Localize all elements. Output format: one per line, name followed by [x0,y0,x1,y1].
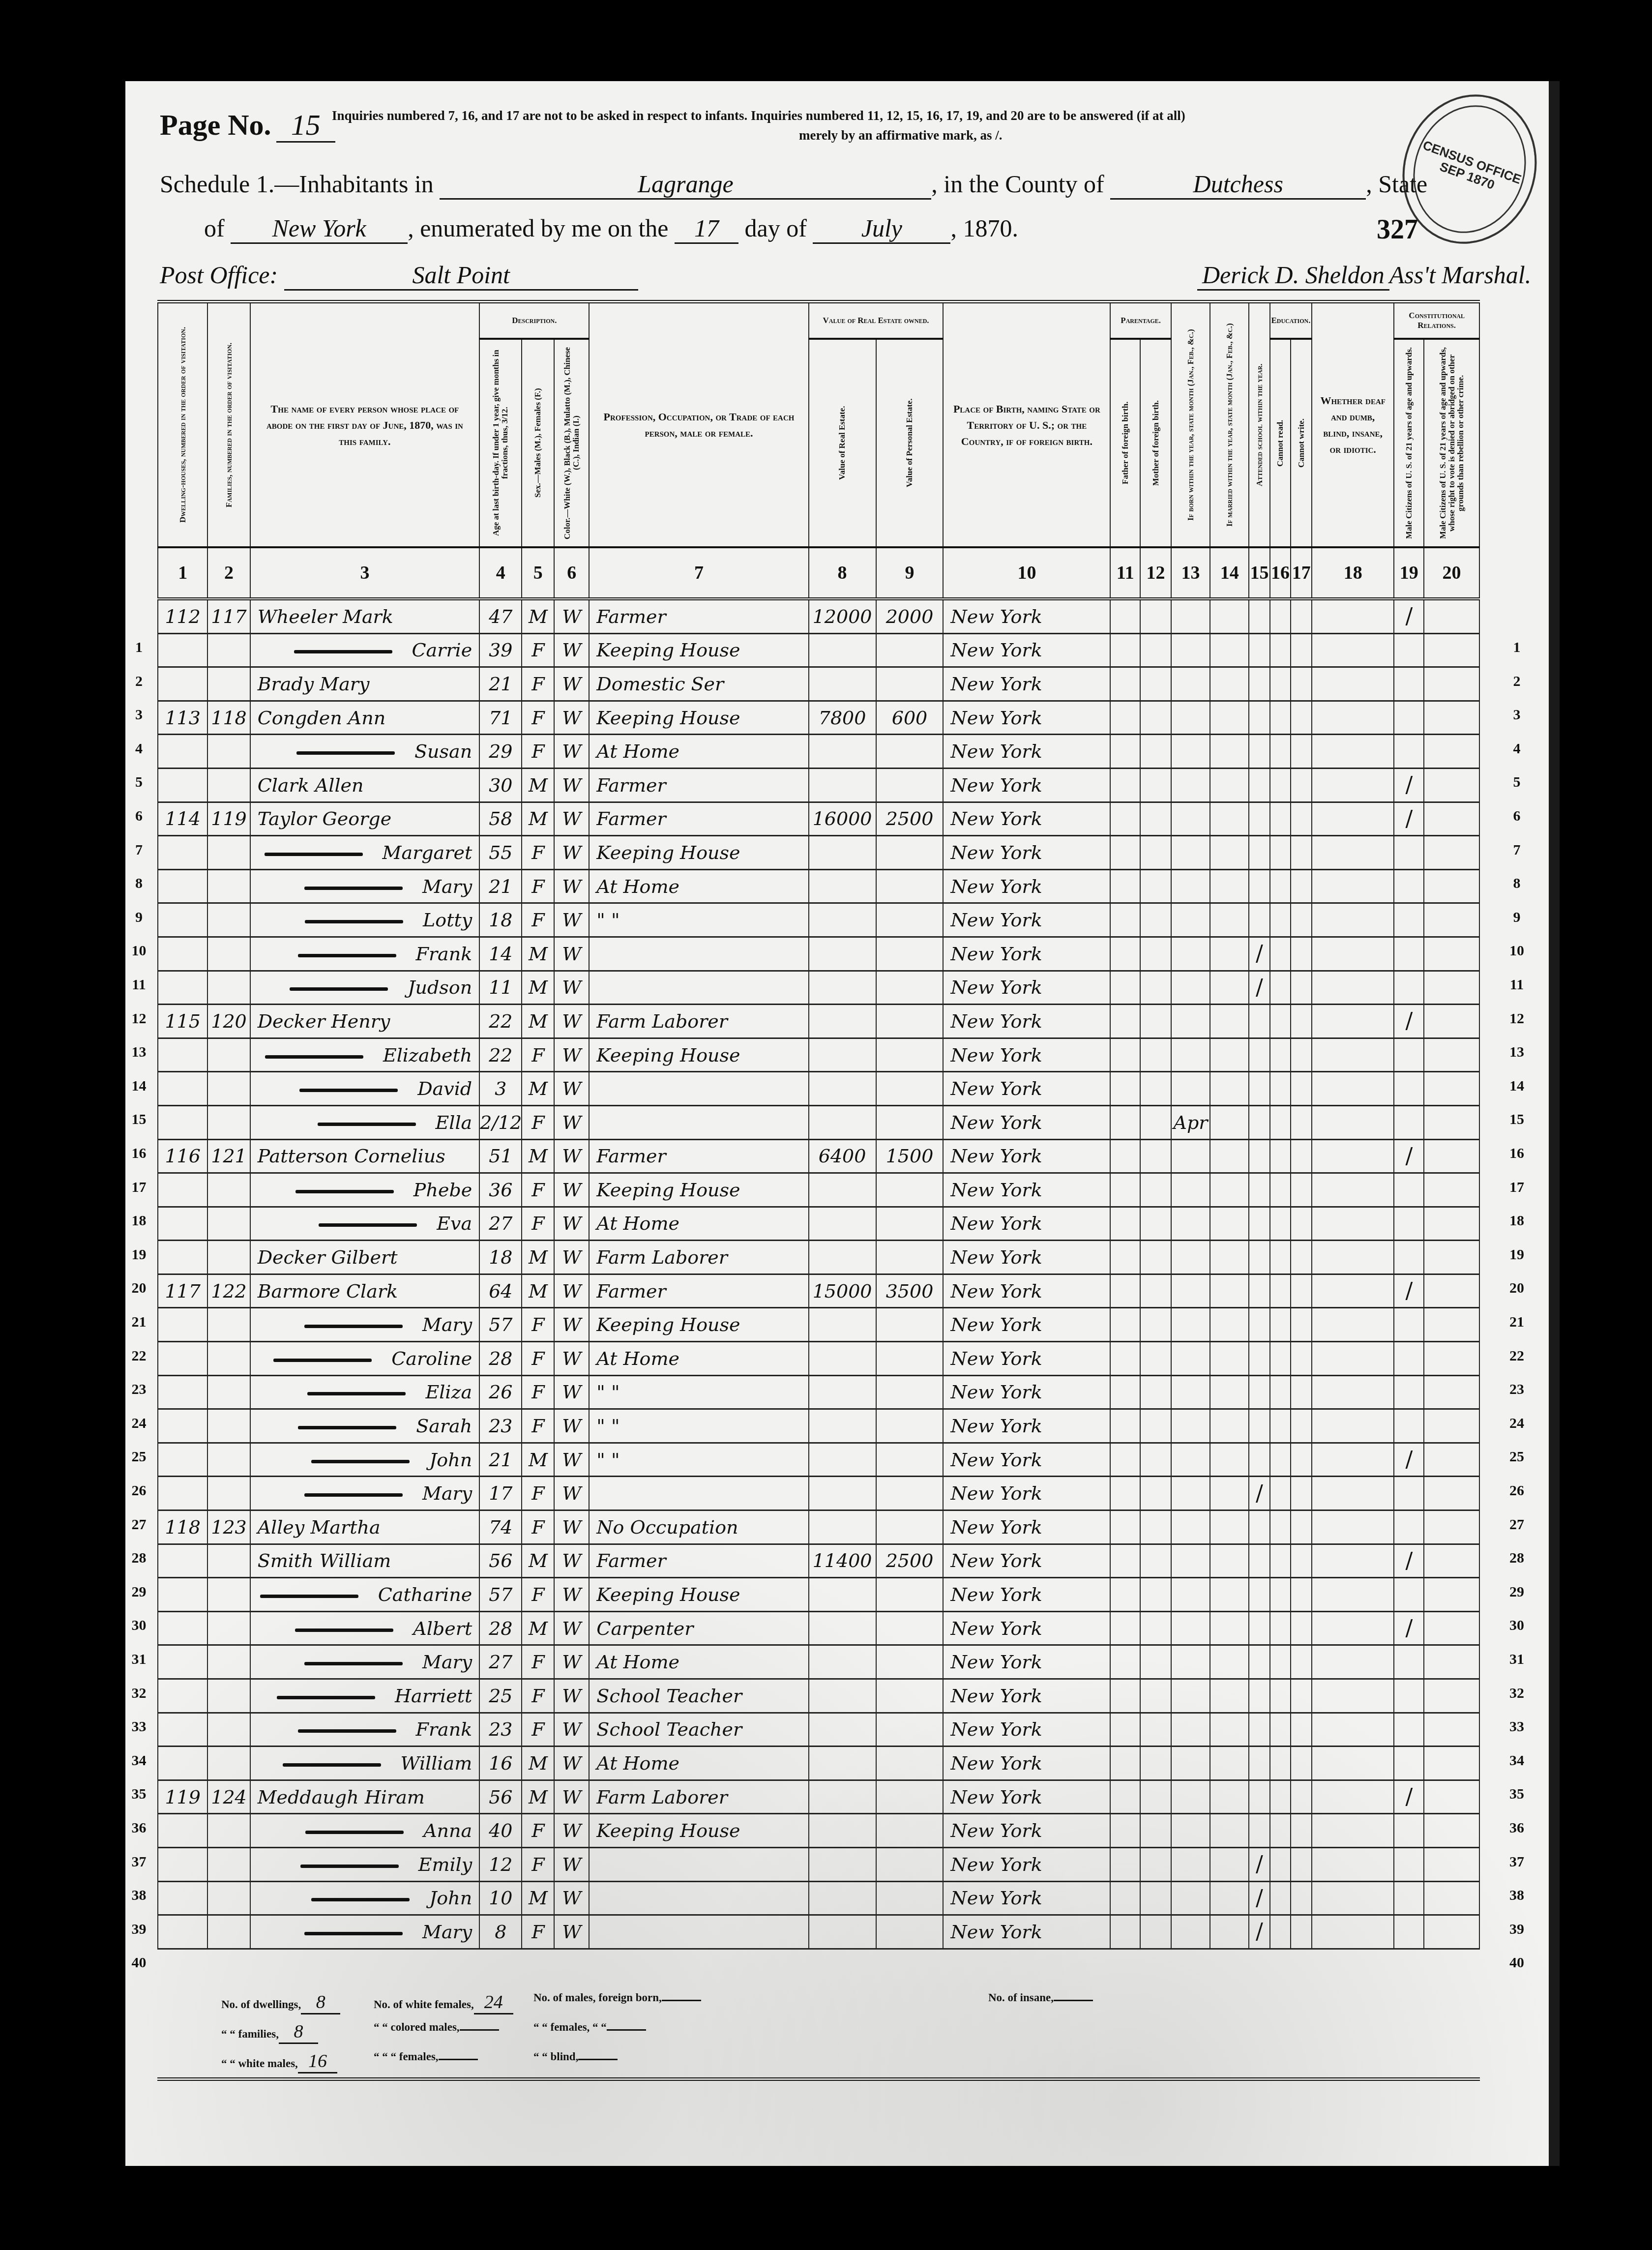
line-number: 10 [1497,943,1536,959]
male-citizen-mark [1394,1578,1424,1612]
col-c18 [1312,937,1394,971]
born-within-year [1171,1443,1210,1477]
col-c12 [1140,1611,1171,1645]
col-c17 [1291,1544,1312,1578]
sex: M [522,802,554,836]
dwelling-number [158,1443,207,1477]
birthplace: New York [943,1713,1110,1747]
county-field: Dutchess [1110,170,1366,200]
col-c14 [1210,1611,1249,1645]
col-c17 [1291,1713,1312,1747]
given-name: David [417,1078,472,1099]
col-c16 [1270,768,1291,802]
male-citizen-mark [1394,633,1424,667]
summary-dwellings: No. of dwellings,8 [221,1991,340,2014]
occupation: Keeping House [589,1173,808,1207]
col-c18 [1312,1409,1394,1443]
col-c16 [1270,1274,1291,1308]
age: 56 [479,1544,522,1578]
sex: F [522,735,554,769]
color: W [554,1747,589,1780]
same-surname-dash [304,887,403,890]
birthplace: New York [943,599,1110,633]
person-name: Frank [250,1713,480,1747]
census-row: Smith William56MWFarmer114002500New York… [158,1544,1479,1578]
summary-insane: No. of insane, [988,1991,1093,2004]
col-c20 [1424,1578,1479,1612]
given-name: Susan [414,740,472,762]
born-within-year: Apr [1171,1105,1210,1139]
col-c12 [1140,1173,1171,1207]
family-number [207,903,250,937]
col-c14 [1210,1881,1249,1915]
dwelling-number [158,1747,207,1780]
col-c17 [1291,1915,1312,1949]
personal-estate-value: 600 [876,701,944,735]
person-name: Wheeler Mark [250,599,480,633]
age: 29 [479,735,522,769]
col-c18 [1312,1679,1394,1713]
col-c20 [1424,1814,1479,1848]
occupation: Keeping House [589,1038,808,1072]
col-c14 [1210,1510,1249,1544]
attended-school [1249,1544,1270,1578]
col-c14 [1210,1241,1249,1274]
given-name: John [429,1887,472,1909]
same-surname-dash [305,920,403,923]
age: 40 [479,1814,522,1848]
male-citizen-mark [1394,735,1424,769]
col-c18 [1312,1578,1394,1612]
person-name: Margaret [250,836,480,870]
col-c11 [1110,1814,1140,1848]
col-c18 [1312,1105,1394,1139]
real-estate-value: 6400 [809,1139,876,1173]
col-c12 [1140,1375,1171,1409]
col-header-birthplace: Place of Birth, naming State or Territor… [943,303,1110,547]
birthplace: New York [943,1847,1110,1881]
col-c12 [1140,1544,1171,1578]
real-estate-value [809,768,876,802]
col-c12 [1140,1881,1171,1915]
family-number [207,1308,250,1342]
col-c18 [1312,1611,1394,1645]
line-number: 7 [1497,842,1536,859]
family-number [207,1207,250,1241]
personal-estate-value [876,1005,944,1038]
attended-school [1249,1375,1270,1409]
personal-estate-value [876,1173,944,1207]
same-surname-dash [304,1662,403,1665]
person-name: John [250,1881,480,1915]
sex: F [522,1409,554,1443]
line-number: 6 [125,808,152,825]
column-number: 20 [1424,547,1479,599]
birthplace: New York [943,1611,1110,1645]
line-number: 25 [125,1449,152,1465]
real-estate-value [809,1443,876,1477]
dwelling-number: 116 [158,1139,207,1173]
male-citizen-mark [1394,1105,1424,1139]
color: W [554,735,589,769]
real-estate-value: 15000 [809,1274,876,1308]
person-name: Congden Ann [250,701,480,735]
male-citizen-mark [1394,836,1424,870]
col-c20 [1424,1915,1479,1949]
birthplace: New York [943,836,1110,870]
person-name: Decker Gilbert [250,1241,480,1274]
col-c18 [1312,667,1394,701]
col-c18 [1312,633,1394,667]
col-c17 [1291,1342,1312,1376]
occupation: Keeping House [589,633,808,667]
occupation: Farmer [589,1139,808,1173]
census-row: Brady Mary21FWDomestic SerNew York [158,667,1479,701]
male-citizen-mark [1394,1679,1424,1713]
person-name: Eliza [250,1375,480,1409]
person-name: Decker Henry [250,1005,480,1038]
occupation: At Home [589,1747,808,1780]
census-row: Eva27FWAt HomeNew York [158,1207,1479,1241]
col-c17 [1291,1679,1312,1713]
male-citizen-mark [1394,1072,1424,1106]
attended-school [1249,1207,1270,1241]
family-number [207,1375,250,1409]
same-surname-dash [295,1628,393,1632]
age: 21 [479,869,522,903]
col-c14 [1210,701,1249,735]
age: 57 [479,1308,522,1342]
birthplace: New York [943,1747,1110,1780]
given-name: Phebe [413,1179,472,1201]
col-c20 [1424,1308,1479,1342]
male-citizen-mark [1394,1713,1424,1747]
col-c18 [1312,1477,1394,1510]
family-number [207,1342,250,1376]
color: W [554,1477,589,1510]
age: 28 [479,1342,522,1376]
dwelling-number [158,667,207,701]
col-c17 [1291,1578,1312,1612]
col-c18 [1312,735,1394,769]
sex: F [522,836,554,870]
sex: F [522,1375,554,1409]
col-c18 [1312,1544,1394,1578]
color: W [554,836,589,870]
age: 36 [479,1173,522,1207]
sex: M [522,937,554,971]
census-row: John21MW" "New York/ [158,1443,1479,1477]
person-name: Barmore Clark [250,1274,480,1308]
birthplace: New York [943,1510,1110,1544]
sex: F [522,1915,554,1949]
sex: M [522,768,554,802]
attended-school [1249,1578,1270,1612]
same-surname-dash [304,1325,403,1328]
family-number [207,1241,250,1274]
same-surname-dash [304,1493,403,1497]
line-number: 38 [125,1887,152,1904]
dwelling-number [158,1207,207,1241]
col-c16 [1270,1611,1291,1645]
age: 14 [479,937,522,971]
same-surname-dash [294,650,392,653]
census-rows: 112117Wheeler Mark47MWFarmer120002000New… [158,599,1479,1949]
col-c17 [1291,1645,1312,1679]
family-number [207,1747,250,1780]
family-number [207,1038,250,1072]
occupation [589,1072,808,1106]
col-c18 [1312,1241,1394,1274]
col-c18 [1312,1814,1394,1848]
col-c20 [1424,1409,1479,1443]
col-c20 [1424,768,1479,802]
personal-estate-value [876,836,944,870]
occupation: Farm Laborer [589,1005,808,1038]
col-c14 [1210,1477,1249,1510]
age: 55 [479,836,522,870]
sheet-number: 327 [1377,214,1418,245]
real-estate-value [809,1780,876,1814]
col-c17 [1291,667,1312,701]
family-number: 118 [207,701,250,735]
col-c17 [1291,1308,1312,1342]
col-c14 [1210,667,1249,701]
color: W [554,869,589,903]
real-estate-value [809,1679,876,1713]
family-number [207,1105,250,1139]
male-citizen-mark: / [1394,768,1424,802]
col-c20 [1424,1611,1479,1645]
col-c18 [1312,1274,1394,1308]
line-number: 39 [1497,1921,1536,1938]
col-c12 [1140,667,1171,701]
page-number: Page No.15 [160,108,335,142]
col-c12 [1140,1814,1171,1848]
post-office-field: Salt Point [284,261,638,291]
col-c12 [1140,768,1171,802]
census-row: David3MWNew York [158,1072,1479,1106]
family-number [207,1915,250,1949]
color: W [554,1308,589,1342]
color: W [554,1139,589,1173]
col-c16 [1270,1173,1291,1207]
col-c17 [1291,1847,1312,1881]
col-header-name: The name of every person whose place of … [250,303,480,547]
person-name: Harriett [250,1679,480,1713]
real-estate-value: 7800 [809,701,876,735]
born-within-year [1171,1747,1210,1780]
col-header-color: Color.—White (W.), Black (B.), Mulatto (… [554,339,589,547]
col-c12 [1140,1915,1171,1949]
line-number: 27 [125,1516,152,1533]
sex: F [522,667,554,701]
birthplace: New York [943,937,1110,971]
col-c14 [1210,836,1249,870]
family-number [207,1814,250,1848]
color: W [554,1713,589,1747]
color: W [554,667,589,701]
column-number: 6 [554,547,589,599]
birthplace: New York [943,1814,1110,1848]
line-number: 32 [125,1685,152,1702]
summary-white-males: “ “ white males,16 [221,2050,337,2073]
col-c11 [1110,735,1140,769]
real-estate-value [809,1038,876,1072]
same-surname-dash [311,1898,410,1901]
line-number: 15 [1497,1111,1536,1128]
person-name: Anna [250,1814,480,1848]
col-header-age: Age at last birth-day. If under 1 year, … [479,339,522,547]
col-c17 [1291,1443,1312,1477]
sex: M [522,1780,554,1814]
family-number [207,1173,250,1207]
col-c11 [1110,1780,1140,1814]
male-citizen-mark [1394,1038,1424,1072]
col-c12 [1140,1038,1171,1072]
col-c14 [1210,768,1249,802]
sex: F [522,1510,554,1544]
col-header-sex: Sex.—Males (M.), Females (F.) [522,339,554,547]
col-c20 [1424,1139,1479,1173]
census-row: Harriett25FWSchool TeacherNew York [158,1679,1479,1713]
col-c16 [1270,1747,1291,1780]
occupation: At Home [589,735,808,769]
person-name: Caroline [250,1342,480,1376]
born-within-year [1171,903,1210,937]
col-c16 [1270,1038,1291,1072]
col-c11 [1110,1611,1140,1645]
personal-estate-value: 2000 [876,599,944,633]
male-citizen-mark [1394,937,1424,971]
color: W [554,633,589,667]
family-number [207,735,250,769]
line-number: 30 [1497,1617,1536,1634]
col-c16 [1270,971,1291,1005]
same-surname-dash [307,1392,406,1395]
sex: F [522,1207,554,1241]
line-number: 22 [125,1348,152,1364]
dwelling-number: 115 [158,1005,207,1038]
birthplace: New York [943,1072,1110,1106]
census-row: Mary17FWNew York/ [158,1477,1479,1510]
given-name: Catharine [378,1584,472,1605]
col-c12 [1140,599,1171,633]
attended-school [1249,1038,1270,1072]
person-name: Alley Martha [250,1510,480,1544]
family-number: 120 [207,1005,250,1038]
personal-estate-value: 1500 [876,1139,944,1173]
col-c20 [1424,1274,1479,1308]
sex: M [522,1274,554,1308]
col-c12 [1140,1072,1171,1106]
col-c17 [1291,1409,1312,1443]
color: W [554,1578,589,1612]
line-number: 29 [1497,1584,1536,1600]
age: 56 [479,1780,522,1814]
line-number: 38 [1497,1887,1536,1904]
col-c20 [1424,735,1479,769]
line-number: 37 [1497,1854,1536,1870]
personal-estate-value [876,1342,944,1376]
person-name: Patterson Cornelius [250,1139,480,1173]
col-c16 [1270,1477,1291,1510]
person-name: Mary [250,1308,480,1342]
col-c11 [1110,701,1140,735]
real-estate-value: 11400 [809,1544,876,1578]
line-number: 31 [125,1651,152,1668]
enumeration-line: of New York, enumerated by me on the 17 … [204,214,1018,244]
census-row: 114119Taylor George58MWFarmer160002500Ne… [158,802,1479,836]
census-row: 116121Patterson Cornelius51MWFarmer64001… [158,1139,1479,1173]
col-c18 [1312,971,1394,1005]
line-number: 37 [125,1854,152,1870]
column-number: 18 [1312,547,1394,599]
real-estate-value [809,1915,876,1949]
male-citizen-mark [1394,1375,1424,1409]
personal-estate-value [876,633,944,667]
col-c12 [1140,1780,1171,1814]
sex: F [522,869,554,903]
personal-estate-value [876,971,944,1005]
person-name: David [250,1072,480,1106]
occupation: No Occupation [589,1510,808,1544]
person-name: William [250,1747,480,1780]
day-field: 17 [675,214,738,244]
column-number: 1 [158,547,207,599]
col-c12 [1140,1409,1171,1443]
col-c16 [1270,1139,1291,1173]
given-name: Ella [436,1112,472,1133]
color: W [554,937,589,971]
attended-school [1249,869,1270,903]
col-c17 [1291,971,1312,1005]
column-number: 2 [207,547,250,599]
col-c11 [1110,1544,1140,1578]
personal-estate-value [876,1207,944,1241]
census-row: Mary21FWAt HomeNew York [158,869,1479,903]
sex: F [522,1173,554,1207]
column-number: 8 [809,547,876,599]
column-number: 9 [876,547,944,599]
birthplace: New York [943,633,1110,667]
real-estate-value [809,1207,876,1241]
age: 11 [479,971,522,1005]
col-c11 [1110,937,1140,971]
family-number [207,667,250,701]
col-c20 [1424,633,1479,667]
col-c14 [1210,1847,1249,1881]
col-header-male-citizens: Male Citizens of U. S. of 21 years of ag… [1394,339,1424,547]
personal-estate-value [876,1780,944,1814]
personal-estate-value: 2500 [876,1544,944,1578]
census-row: Sarah23FW" "New York [158,1409,1479,1443]
col-c20 [1424,1510,1479,1544]
col-c16 [1270,1915,1291,1949]
born-within-year [1171,1308,1210,1342]
column-number: 15 [1249,547,1270,599]
birthplace: New York [943,1544,1110,1578]
col-c12 [1140,1477,1171,1510]
col-c16 [1270,1679,1291,1713]
occupation: " " [589,1409,808,1443]
col-c14 [1210,1915,1249,1949]
col-c14 [1210,1747,1249,1780]
line-number: 27 [1497,1516,1536,1533]
given-name: Eva [437,1213,472,1234]
personal-estate-value [876,1477,944,1510]
same-surname-dash [304,1932,403,1935]
